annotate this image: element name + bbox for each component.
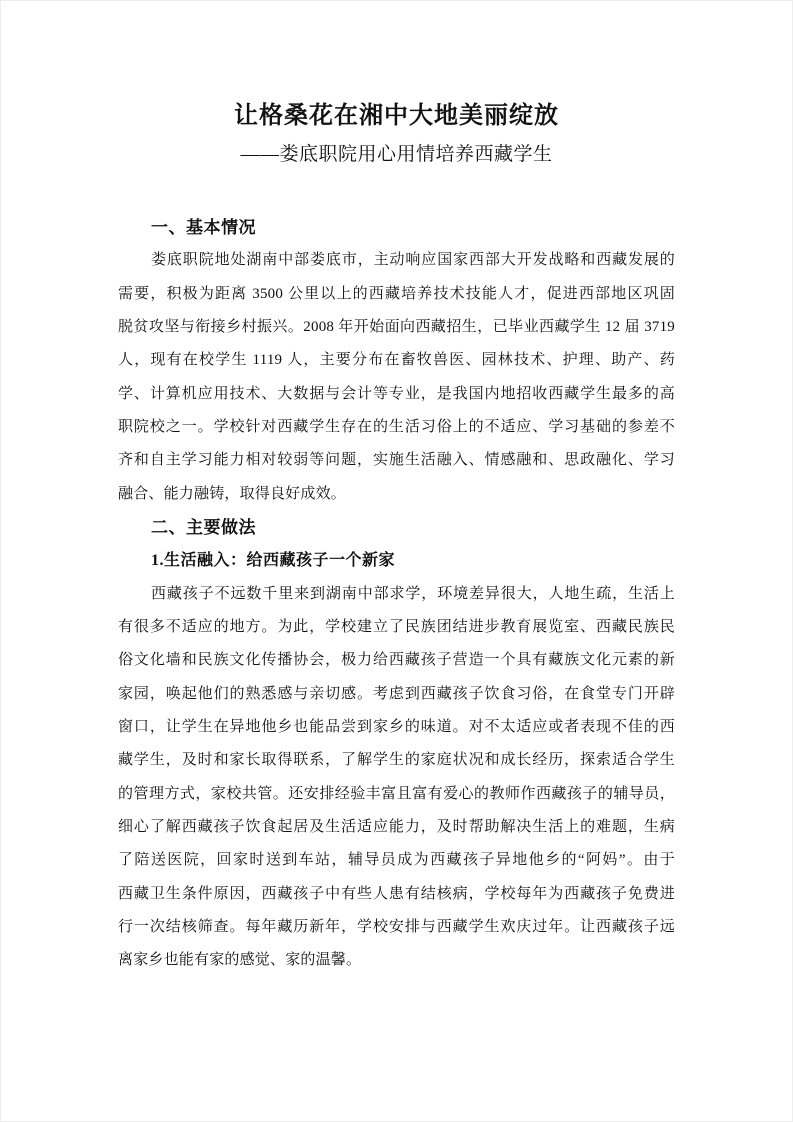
paragraph-line: 藏学生，及时和家长取得联系，了解学生的家庭状况和成长经历，探索适合学生 (118, 744, 675, 777)
paragraph-line: 需要，积极为距离 3500 公里以上的西藏培养技术技能人才，促进西部地区巩固 (118, 278, 675, 311)
document-title: 让格桑花在湘中大地美丽绽放 (0, 98, 793, 134)
paragraph-line: 融合、能力融铸，取得良好成效。 (118, 478, 675, 511)
paragraph-line: 西藏孩子不远数千里来到湖南中部求学，环境差异很大，人地生疏，生活上 (118, 578, 675, 611)
paragraph-line: 家园，唤起他们的熟悉感与亲切感。考虑到西藏孩子饮食习俗，在食堂专门开辟 (118, 678, 675, 711)
paragraph-line: 齐和自主学习能力相对较弱等问题，实施生活融入、情感融和、思政融化、学习 (118, 444, 675, 477)
paragraph-line: 有很多不适应的地方。为此，学校建立了民族团结进步教育展览室、西藏民族民 (118, 611, 675, 644)
paragraph-line: 细心了解西藏孩子饮食起居及生活适应能力，及时帮助解决生活上的难题，生病 (118, 811, 675, 844)
document-subtitle: ——娄底职院用心用情培养西藏学生 (0, 136, 793, 173)
sub-section-heading: 1.生活融入：给西藏孩子一个新家 (118, 544, 675, 577)
section-heading: 一、基本情况 (118, 211, 675, 244)
paragraph-line: 俗文化墙和民族文化传播协会，极力给西藏孩子营造一个具有藏族文化元素的新 (118, 644, 675, 677)
paragraph-line: 娄底职院地处湖南中部娄底市，主动响应国家西部大开发战略和西藏发展的 (118, 244, 675, 277)
paragraph-line: 人，现有在校学生 1119 人，主要分布在畜牧兽医、园林技术、护理、助产、药 (118, 344, 675, 377)
document-page: 让格桑花在湘中大地美丽绽放 ——娄底职院用心用情培养西藏学生 一、基本情况娄底职… (0, 0, 793, 1122)
paragraph-line: 学、计算机应用技术、大数据与会计等专业，是我国内地招收西藏学生最多的高 (118, 378, 675, 411)
paragraph-line: 行一次结核筛查。每年藏历新年，学校安排与西藏学生欢庆过年。让西藏孩子远 (118, 911, 675, 944)
paragraph-line: 职院校之一。学校针对西藏学生存在的生活习俗上的不适应、学习基础的参差不 (118, 411, 675, 444)
paragraph-line: 脱贫攻坚与衔接乡村振兴。2008 年开始面向西藏招生，已毕业西藏学生 12 届 … (118, 311, 675, 344)
paragraph-line: 了陪送医院，回家时送到车站，辅导员成为西藏孩子异地他乡的“阿妈”。由于 (118, 844, 675, 877)
paragraph-line: 的管理方式，家校共管。还安排经验丰富且富有爱心的教师作西藏孩子的辅导员， (118, 778, 675, 811)
paragraph-line: 西藏卫生条件原因，西藏孩子中有些人患有结核病，学校每年为西藏孩子免费进 (118, 878, 675, 911)
paragraph-line: 窗口，让学生在异地他乡也能品尝到家乡的味道。对不太适应或者表现不佳的西 (118, 711, 675, 744)
section-heading: 二、主要做法 (118, 511, 675, 544)
document-body: 一、基本情况娄底职院地处湖南中部娄底市，主动响应国家西部大开发战略和西藏发展的需… (118, 211, 675, 978)
paragraph-line: 离家乡也能有家的感觉、家的温馨。 (118, 944, 675, 977)
